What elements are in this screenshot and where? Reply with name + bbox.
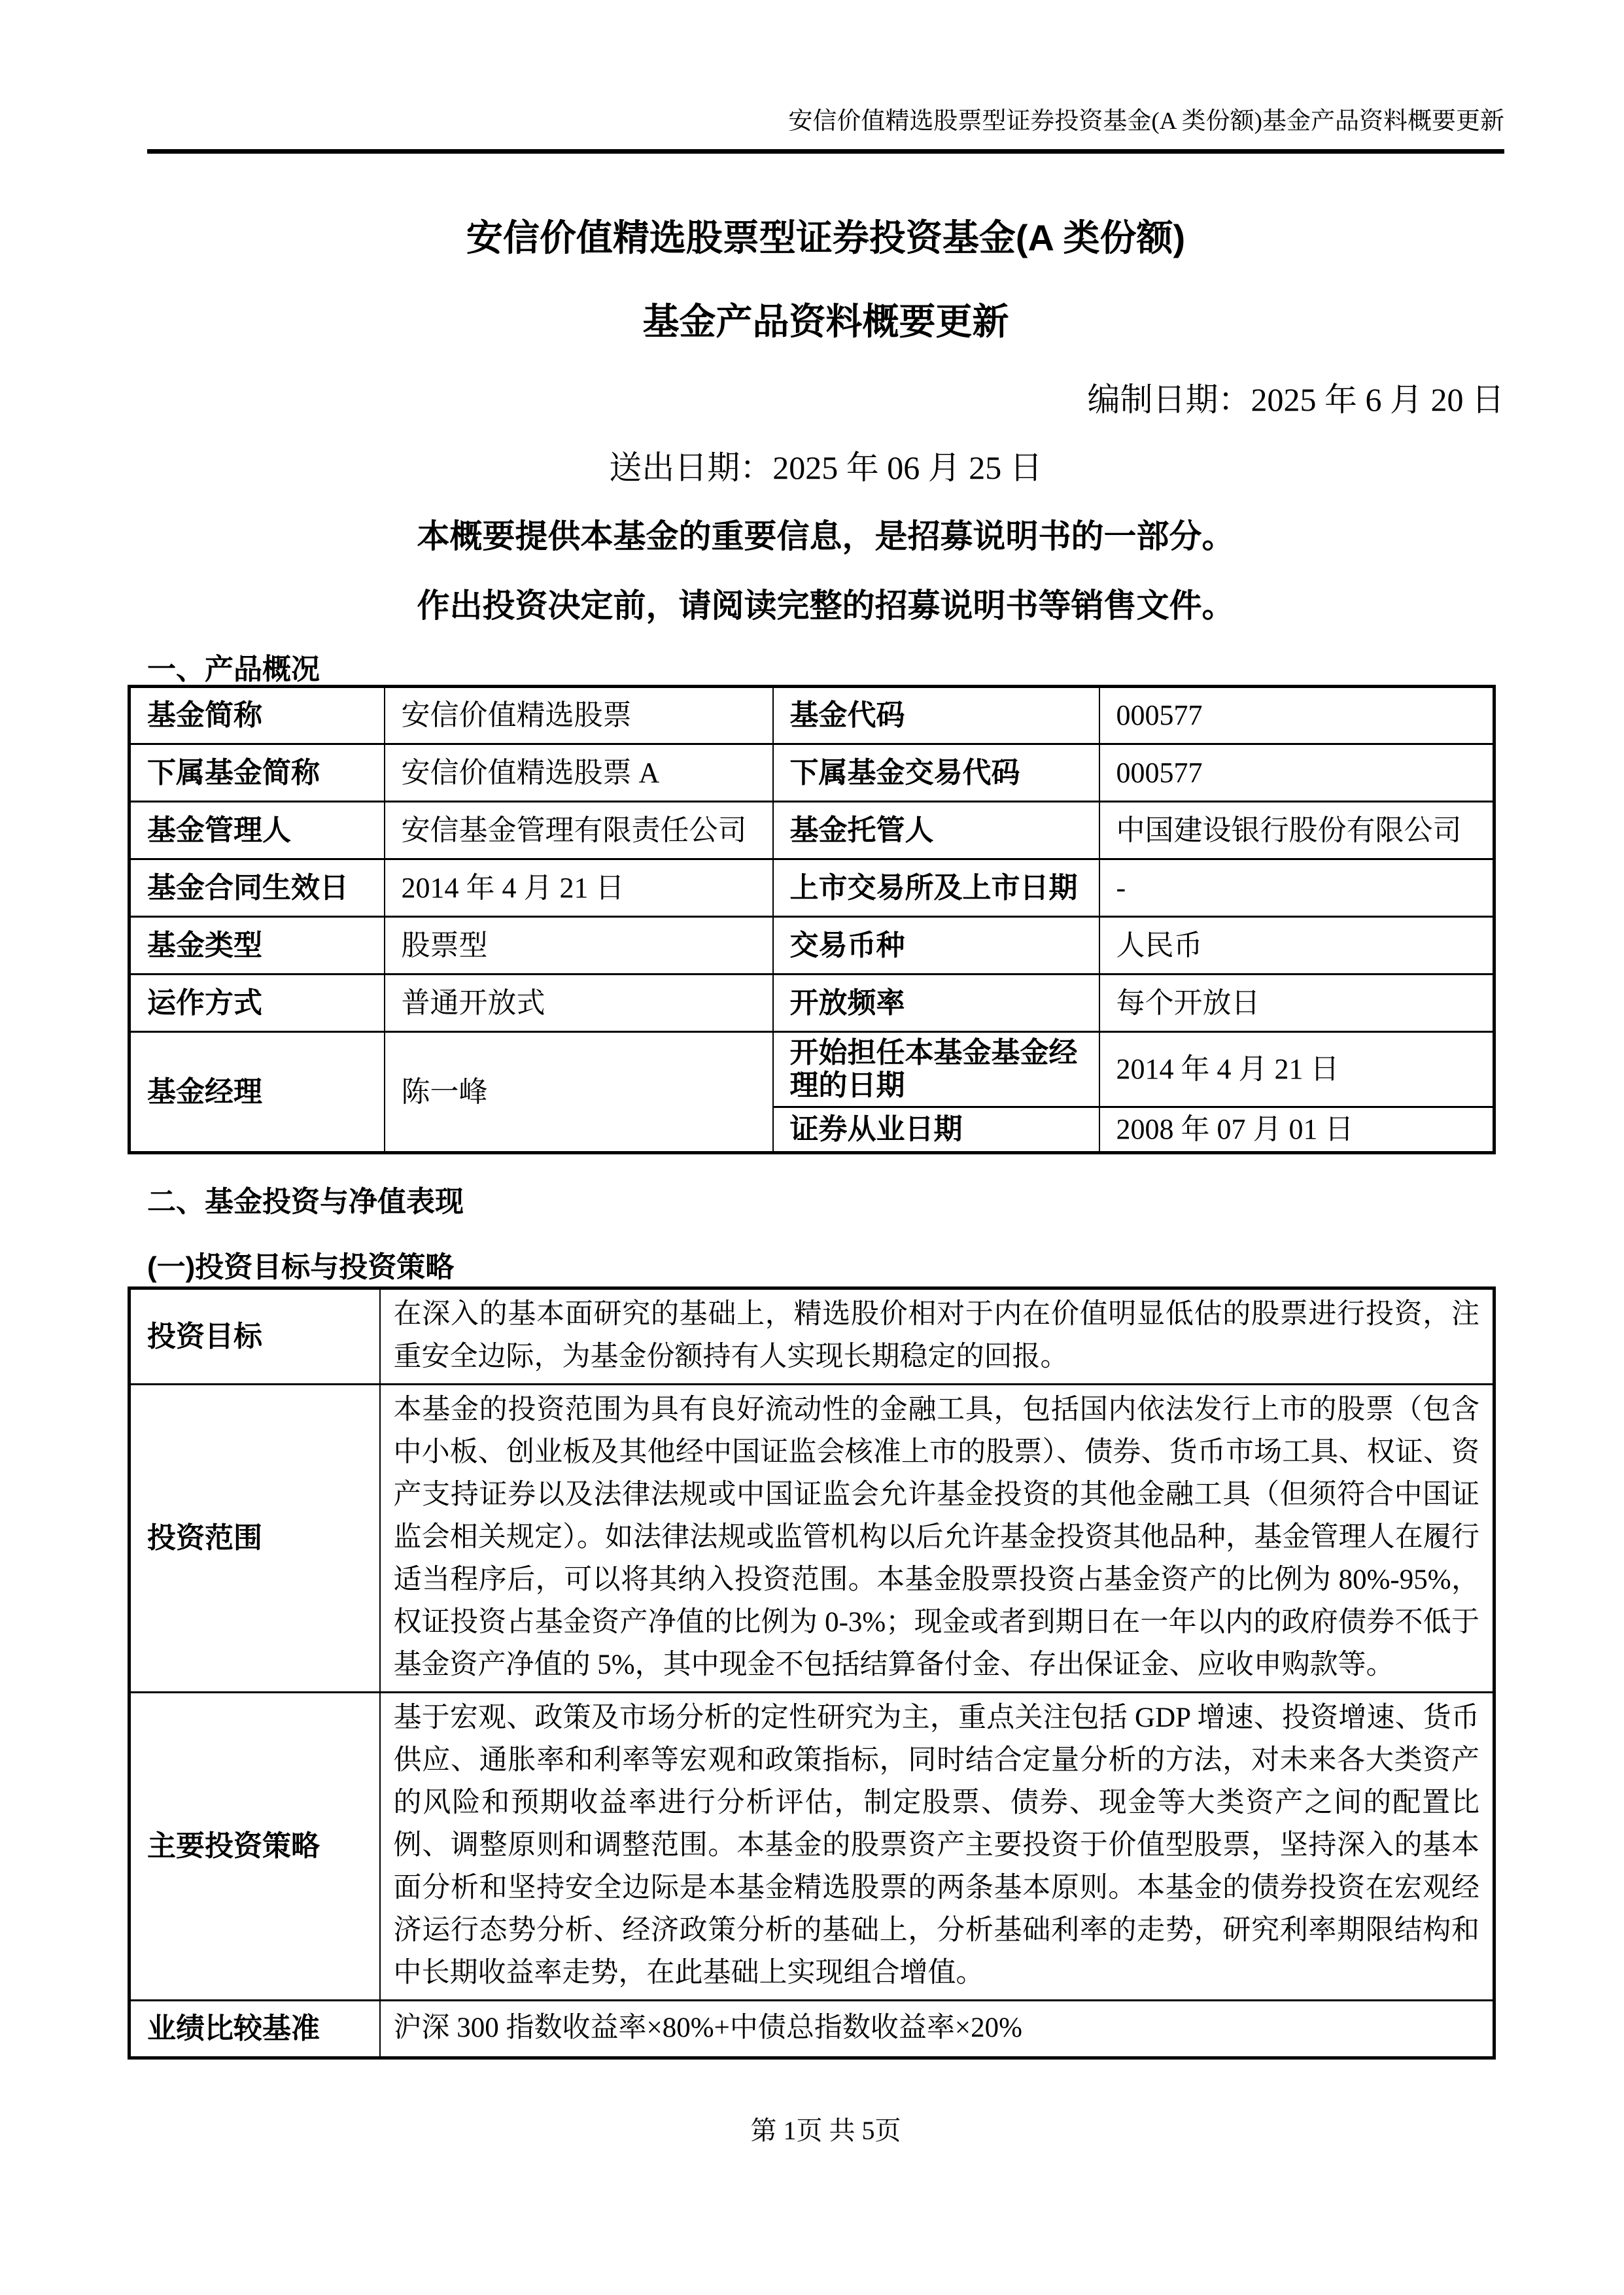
cell-value: 陈一峰	[385, 1032, 773, 1153]
cell-label: 基金经理	[130, 1032, 385, 1153]
strategy-text: 沪深 300 指数收益率×80%+中债总指数收益率×20%	[380, 2001, 1494, 2058]
cell-value: 安信价值精选股票	[385, 687, 773, 744]
cell-value: 安信基金管理有限责任公司	[385, 802, 773, 859]
table-row: 投资目标 在深入的基本面研究的基础上，精选股价相对于内在价值明显低估的股票进行投…	[130, 1288, 1494, 1385]
cell-value: 000577	[1099, 687, 1494, 744]
cell-value: 2008 年 07 月 01 日	[1099, 1107, 1494, 1153]
strategy-table: 投资目标 在深入的基本面研究的基础上，精选股价相对于内在价值明显低估的股票进行投…	[128, 1286, 1496, 2060]
cell-value: 安信价值精选股票 A	[385, 744, 773, 802]
notice-line-1: 本概要提供本基金的重要信息，是招募说明书的一部分。	[147, 519, 1504, 554]
sent-date-line: 送出日期：2025 年 06 月 25 日	[147, 451, 1504, 485]
section-heading-investment: 二、基金投资与净值表现	[147, 1187, 1504, 1217]
cell-label: 证券从业日期	[773, 1107, 1099, 1153]
cell-label: 运作方式	[130, 975, 385, 1032]
cell-label: 基金合同生效日	[130, 859, 385, 917]
table-row: 投资范围 本基金的投资范围为具有良好流动性的金融工具，包括国内依法发行上市的股票…	[130, 1385, 1494, 1693]
cell-label: 基金代码	[773, 687, 1099, 744]
strategy-label: 主要投资策略	[130, 1693, 380, 2001]
cell-value: 股票型	[385, 917, 773, 975]
page-footer: 第 1页 共 5页	[147, 2117, 1504, 2145]
cell-value: 2014 年 4 月 21 日	[1099, 1032, 1494, 1107]
cell-value: 普通开放式	[385, 975, 773, 1032]
strategy-label: 投资范围	[130, 1385, 380, 1693]
strategy-label: 投资目标	[130, 1288, 380, 1385]
cell-value: 人民币	[1099, 917, 1494, 975]
cell-label: 基金简称	[130, 687, 385, 744]
strategy-text: 基于宏观、政策及市场分析的定性研究为主，重点关注包括 GDP 增速、投资增速、货…	[380, 1693, 1494, 2001]
cell-label: 交易币种	[773, 917, 1099, 975]
table-row: 基金经理 陈一峰 开始担任本基金基金经理的日期 2014 年 4 月 21 日	[130, 1032, 1494, 1107]
cell-label: 上市交易所及上市日期	[773, 859, 1099, 917]
cell-label: 开始担任本基金基金经理的日期	[773, 1032, 1099, 1107]
cell-label: 下属基金简称	[130, 744, 385, 802]
doc-title: 安信价值精选股票型证券投资基金(A 类份额)	[147, 219, 1504, 257]
cell-label: 下属基金交易代码	[773, 744, 1099, 802]
table-row: 业绩比较基准 沪深 300 指数收益率×80%+中债总指数收益率×20%	[130, 2001, 1494, 2058]
running-header-text: 安信价值精选股票型证券投资基金(A 类份额)基金产品资料概要更新	[788, 108, 1504, 135]
product-overview-table: 基金简称 安信价值精选股票 基金代码 000577 下属基金简称 安信价值精选股…	[128, 685, 1496, 1154]
cell-value: 000577	[1099, 744, 1494, 802]
prepared-date-line: 编制日期：2025 年 6 月 20 日	[147, 383, 1504, 417]
table-row: 下属基金简称 安信价值精选股票 A 下属基金交易代码 000577	[130, 744, 1494, 802]
document-page: 安信价值精选股票型证券投资基金(A 类份额)基金产品资料概要更新 安信价值精选股…	[0, 0, 1624, 2295]
strategy-text: 在深入的基本面研究的基础上，精选股价相对于内在价值明显低估的股票进行投资，注重安…	[380, 1288, 1494, 1385]
table-row: 基金类型 股票型 交易币种 人民币	[130, 917, 1494, 975]
subsection-heading-objective-strategy: (一)投资目标与投资策略	[147, 1252, 1504, 1283]
doc-subtitle: 基金产品资料概要更新	[147, 303, 1504, 341]
strategy-label: 业绩比较基准	[130, 2001, 380, 2058]
cell-value: -	[1099, 859, 1494, 917]
table-row: 基金简称 安信价值精选股票 基金代码 000577	[130, 687, 1494, 744]
cell-label: 基金类型	[130, 917, 385, 975]
strategy-text: 本基金的投资范围为具有良好流动性的金融工具，包括国内依法发行上市的股票（包含中小…	[380, 1385, 1494, 1693]
cell-label: 基金管理人	[130, 802, 385, 859]
section-heading-product-overview: 一、产品概况	[147, 655, 1504, 685]
cell-label: 基金托管人	[773, 802, 1099, 859]
table-row: 基金合同生效日 2014 年 4 月 21 日 上市交易所及上市日期 -	[130, 859, 1494, 917]
cell-value: 每个开放日	[1099, 975, 1494, 1032]
table-row: 主要投资策略 基于宏观、政策及市场分析的定性研究为主，重点关注包括 GDP 增速…	[130, 1693, 1494, 2001]
table-row: 基金管理人 安信基金管理有限责任公司 基金托管人 中国建设银行股份有限公司	[130, 802, 1494, 859]
running-header: 安信价值精选股票型证券投资基金(A 类份额)基金产品资料概要更新	[147, 109, 1504, 135]
cell-label: 开放频率	[773, 975, 1099, 1032]
table-row: 运作方式 普通开放式 开放频率 每个开放日	[130, 975, 1494, 1032]
cell-value: 2014 年 4 月 21 日	[385, 859, 773, 917]
cell-value: 中国建设银行股份有限公司	[1099, 802, 1494, 859]
header-rule	[147, 149, 1504, 154]
notice-line-2: 作出投资决定前，请阅读完整的招募说明书等销售文件。	[147, 588, 1504, 623]
